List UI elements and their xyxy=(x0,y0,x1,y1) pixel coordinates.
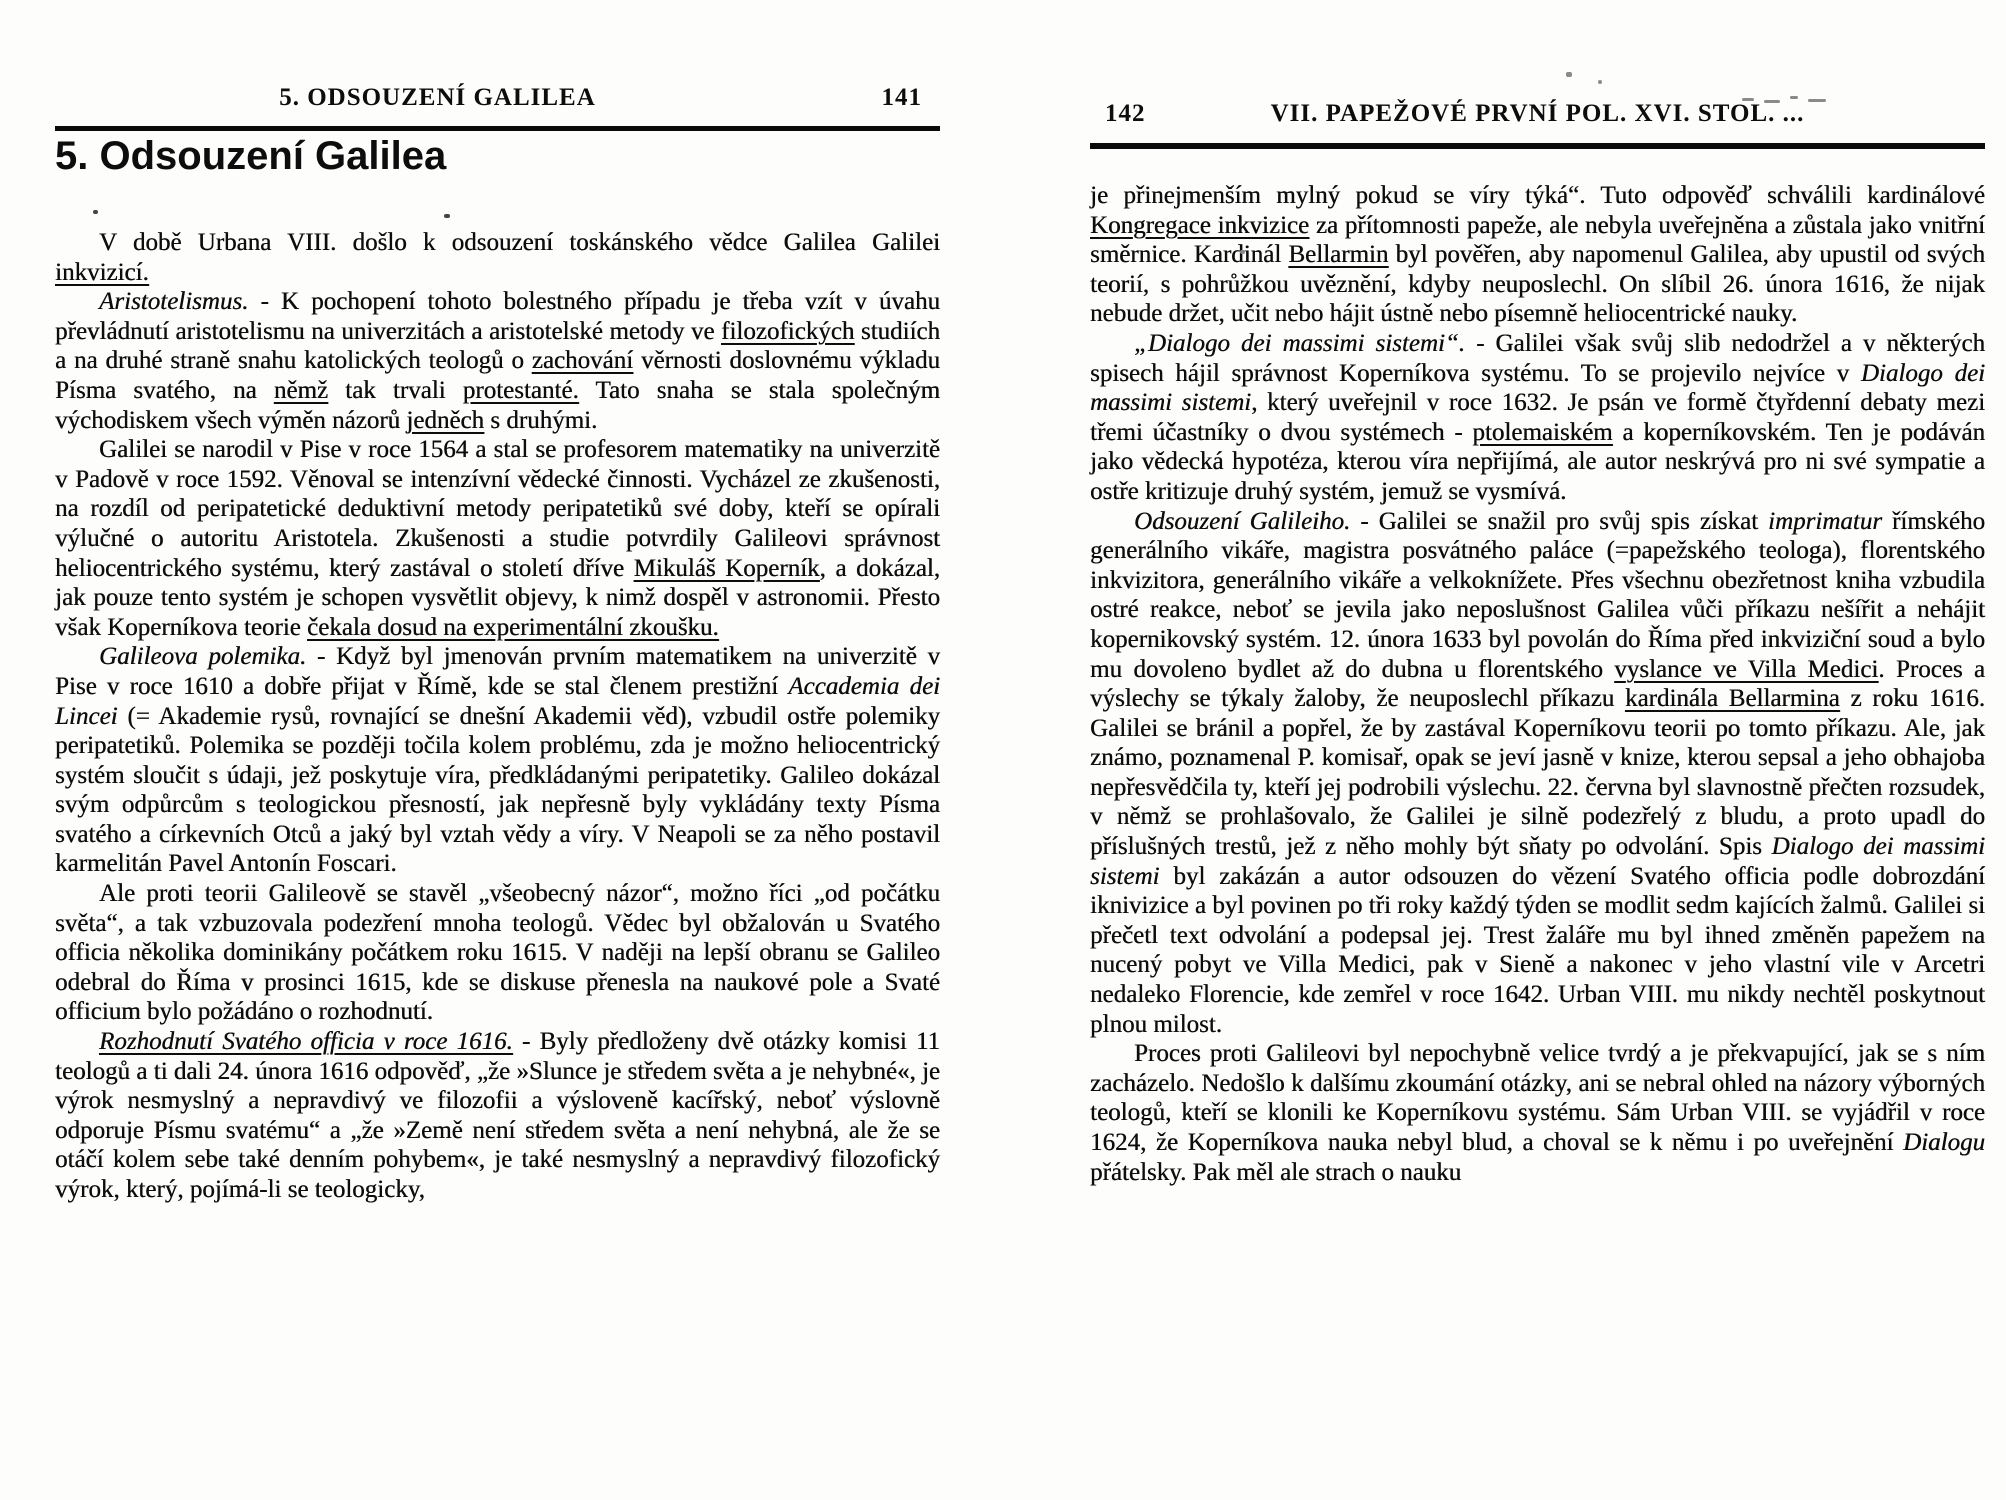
text-run: němž xyxy=(274,377,328,404)
paragraph: je přinejmenším mylný pokud se víry týká… xyxy=(1090,181,1985,329)
scan-noise xyxy=(1790,96,1798,99)
scan-noise xyxy=(1808,99,1826,102)
text-run: V době Urbana VIII. došlo k odsouzení to… xyxy=(99,229,940,256)
text-run: (= Akademie rysů, rovnající se dnešní Ak… xyxy=(55,703,940,878)
scan-noise xyxy=(1742,98,1754,101)
left-page-number: 141 xyxy=(882,84,923,112)
text-run: Odsouzení Galileiho. xyxy=(1134,508,1350,535)
text-run: filozofických xyxy=(721,318,854,345)
paragraph: Rozhodnutí Svatého officia v roce 1616. … xyxy=(55,1027,940,1205)
text-run: inkvizicí. xyxy=(55,259,149,286)
left-header-title: 5. ODSOUZENÍ GALILEA xyxy=(55,84,820,112)
paragraph: Galilei se narodil v Pise v roce 1564 a … xyxy=(55,435,940,642)
text-run: byl zakázán a autor odsouzen do vězení S… xyxy=(1090,863,1985,1038)
right-header-rule xyxy=(1090,143,1985,149)
section-title: 5. Odsouzení Galilea xyxy=(55,134,446,179)
paragraph: „Dialogo dei massimi sistemi“. - Galilei… xyxy=(1090,329,1985,507)
book-scan: 5. ODSOUZENÍ GALILEA 141 5. Odsouzení Ga… xyxy=(0,0,2006,1500)
text-run: Galileova polemika. xyxy=(99,643,306,670)
text-run: kardinála Bellarmina xyxy=(1625,685,1840,712)
text-run: tak trvali xyxy=(328,377,463,404)
text-run: s druhými. xyxy=(484,407,597,434)
text-run: - Galilei se snažil pro svůj spis získat xyxy=(1350,508,1768,535)
text-run: vyslance ve Villa Medici xyxy=(1614,656,1878,683)
scan-noise xyxy=(93,210,98,214)
text-run: přátelsky. Pak měl ale strach o nauku xyxy=(1090,1159,1461,1186)
left-text-column: V době Urbana VIII. došlo k odsouzení to… xyxy=(55,228,940,1205)
scan-noise xyxy=(1598,80,1602,84)
scan-noise xyxy=(1764,100,1780,103)
scan-noise xyxy=(1566,72,1572,77)
text-run: Aristotelismus. xyxy=(99,288,248,315)
paragraph: V době Urbana VIII. došlo k odsouzení to… xyxy=(55,228,940,287)
text-run: „Dialogo dei massimi sistemi“. xyxy=(1134,330,1465,357)
text-run: Bellarmin xyxy=(1288,241,1388,268)
left-page: 5. ODSOUZENÍ GALILEA 141 5. Odsouzení Ga… xyxy=(55,0,940,1500)
text-run: protestanté. xyxy=(463,377,579,404)
text-run: Dialogu xyxy=(1903,1129,1985,1156)
text-run: ptolemaiském xyxy=(1472,419,1612,446)
paragraph: Proces proti Galileovi byl nepochybně ve… xyxy=(1090,1039,1985,1187)
text-run: Mikuláš Koperník xyxy=(634,555,820,582)
paragraph: Galileova polemika. - Když byl jmenován … xyxy=(55,642,940,879)
text-run: jedněch xyxy=(406,407,484,434)
paragraph: Ale proti teorii Galileově se stavěl „vš… xyxy=(55,879,940,1027)
text-run: je přinejmenším mylný pokud se víry týká… xyxy=(1090,182,1985,209)
text-run: Rozhodnutí Svatého officia v roce 1616. xyxy=(99,1028,513,1055)
text-run: čekala dosud na experimentální zkoušku. xyxy=(307,614,719,641)
paragraph: Aristotelismus. - K pochopení tohoto bol… xyxy=(55,287,940,435)
left-header-rule xyxy=(55,126,940,131)
text-run: zachování xyxy=(532,347,633,374)
right-header-title: VII. PAPEŽOVÉ PRVNÍ POL. XVI. STOL. ... xyxy=(1090,100,1985,128)
text-run: Proces proti Galileovi byl nepochybně ve… xyxy=(1090,1040,1985,1156)
text-run: Ale proti teorii Galileově se stavěl „vš… xyxy=(55,880,940,1025)
paragraph: Odsouzení Galileiho. - Galilei se snažil… xyxy=(1090,507,1985,1040)
text-run: Kongregace inkvizice xyxy=(1090,212,1309,239)
scan-noise xyxy=(1240,250,1245,254)
right-text-column: je přinejmenším mylný pokud se víry týká… xyxy=(1090,181,1985,1187)
scan-noise xyxy=(444,214,450,218)
right-page: 142 VII. PAPEŽOVÉ PRVNÍ POL. XVI. STOL. … xyxy=(1090,0,1985,1500)
text-run: imprimatur xyxy=(1768,508,1882,535)
